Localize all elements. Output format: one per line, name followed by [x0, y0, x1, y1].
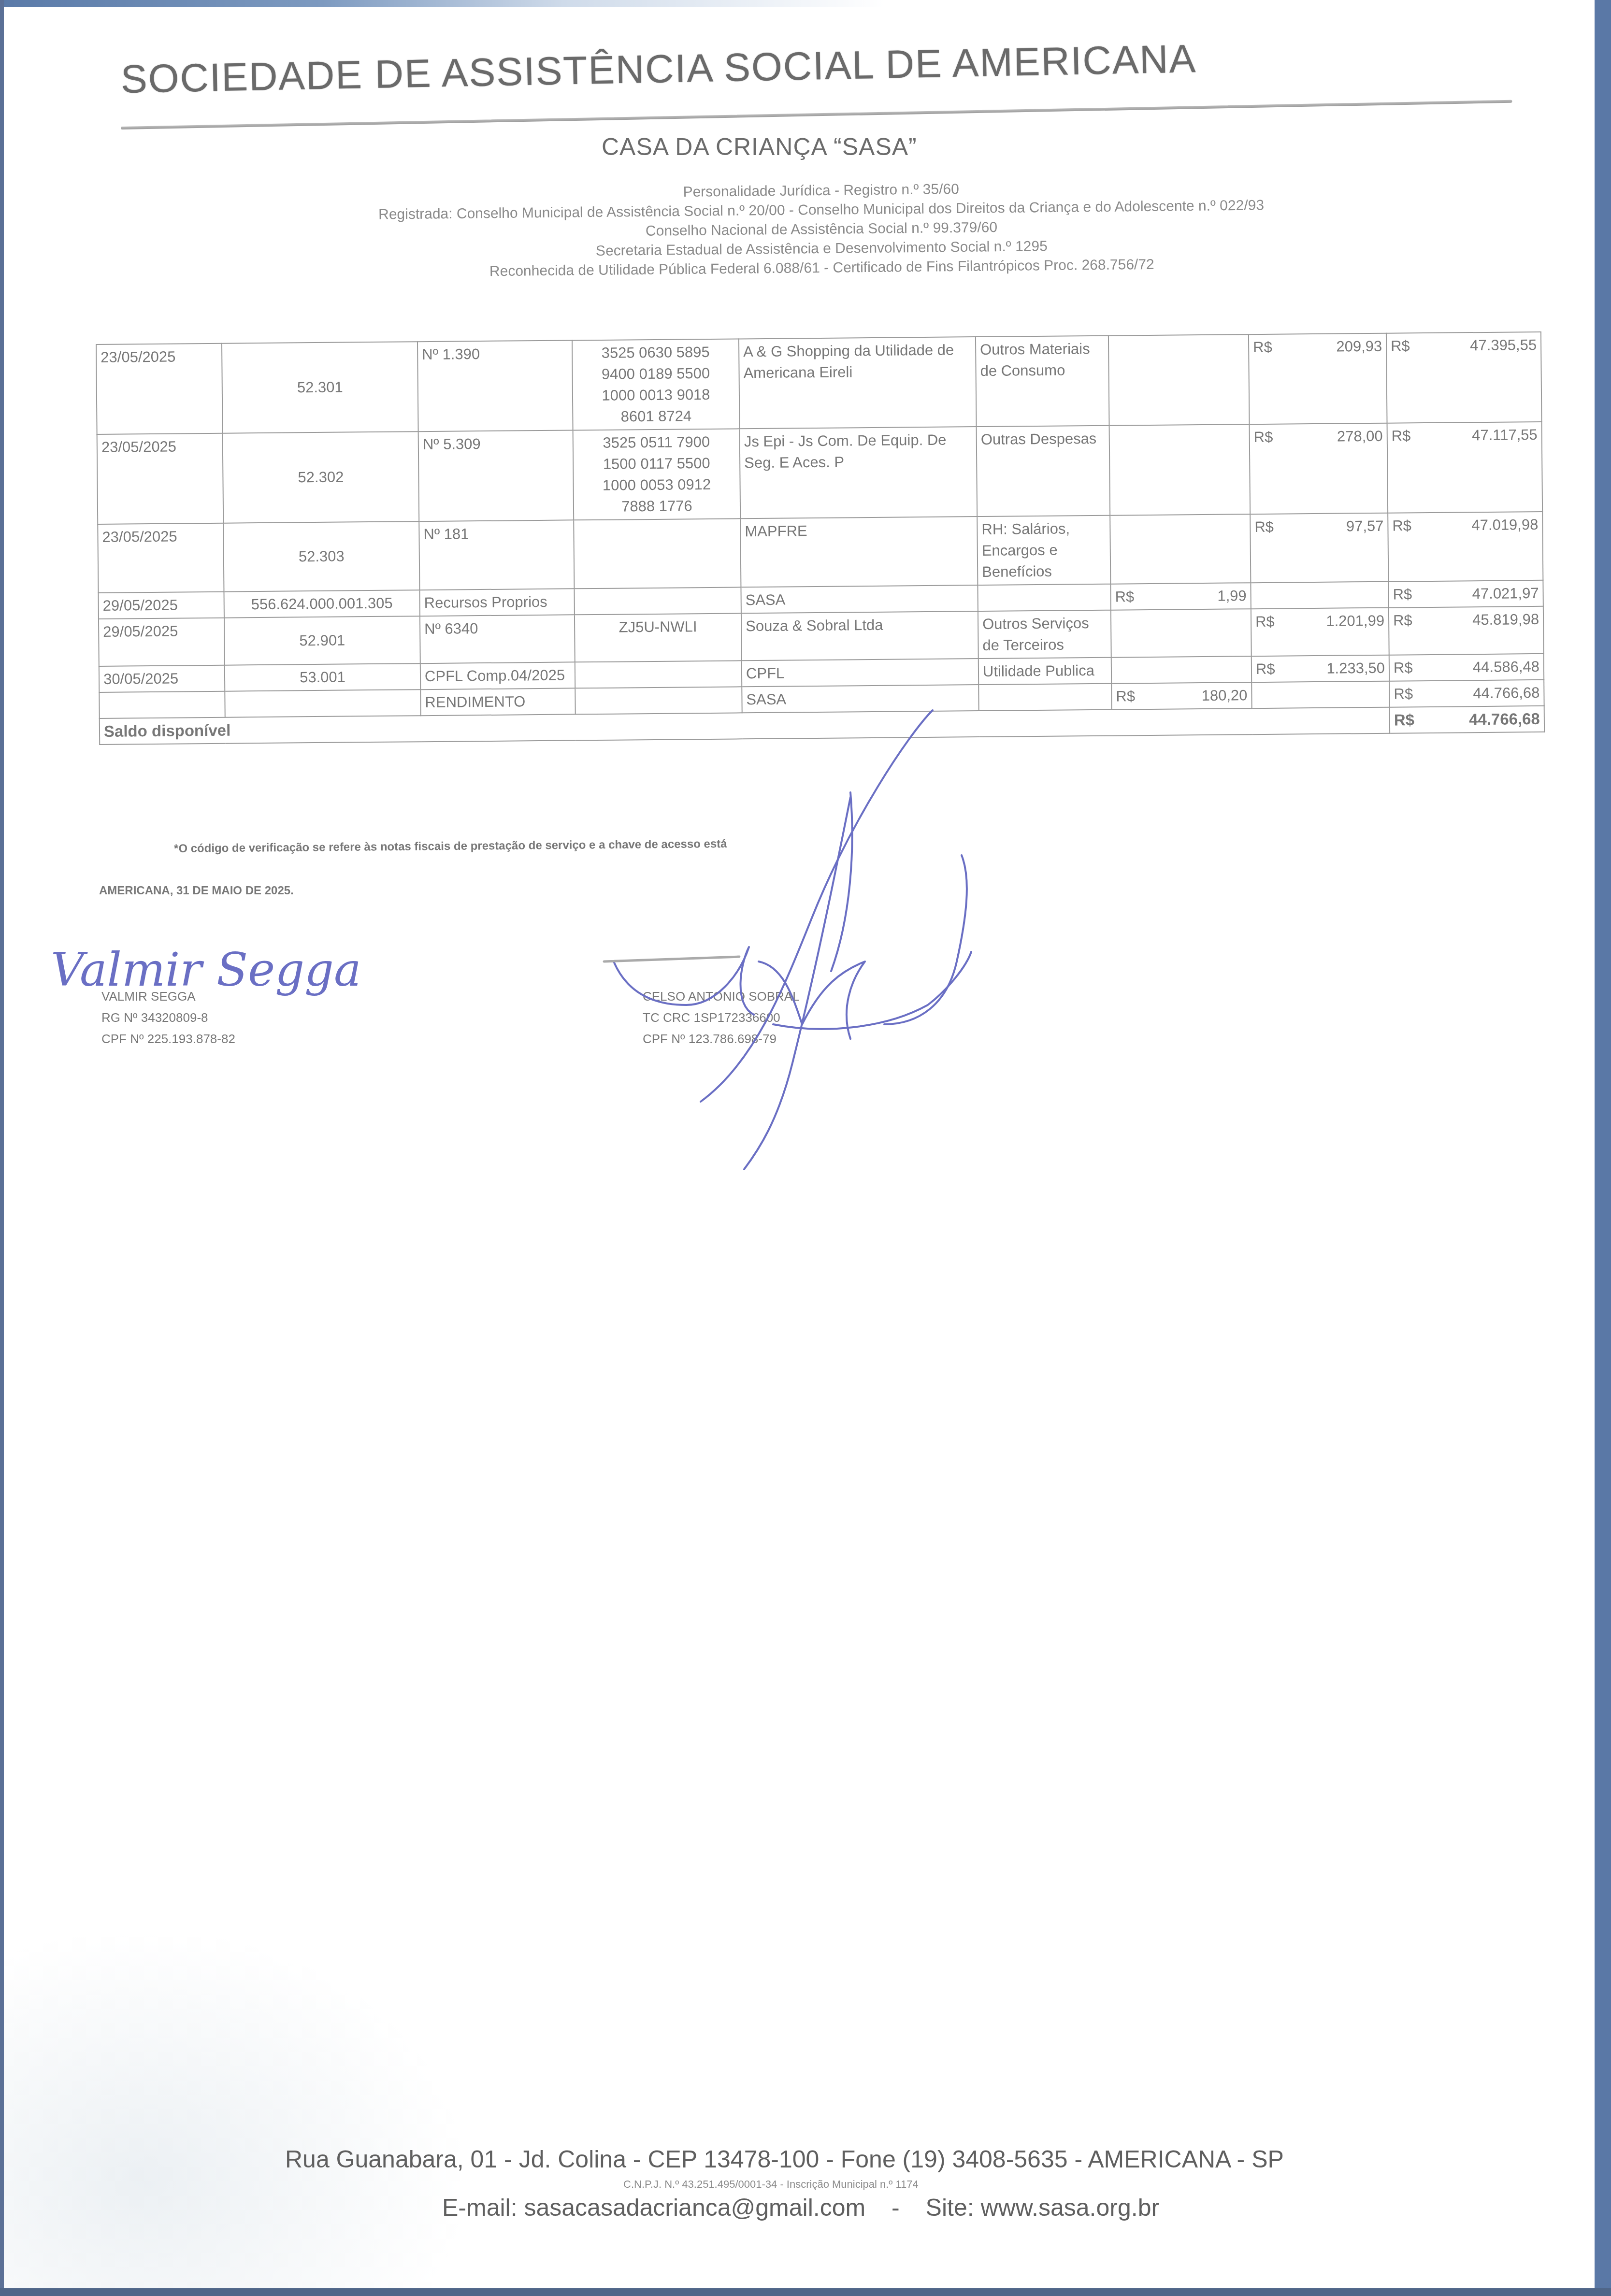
signer-rg: RG Nº 34320809-8 — [101, 1007, 235, 1028]
signature-valmir: VALMIR SEGGA RG Nº 34320809-8 CPF Nº 225… — [101, 986, 235, 1049]
cell-balance-value: R$47.117,55 — [1392, 424, 1538, 447]
organization-title: SOCIEDADE DE ASSISTÊNCIA SOCIAL DE AMERI… — [120, 30, 1522, 102]
cell-credit — [1110, 514, 1251, 584]
amount: 180,20 — [1201, 685, 1247, 706]
email-label: E-mail: — [442, 2194, 518, 2221]
cell-date: 29/05/2025 — [98, 592, 224, 619]
signer-cpf: CPF Nº 225.193.878-82 — [101, 1028, 235, 1049]
signer-name: CELSO ANTONIO SOBRAL — [643, 986, 800, 1007]
key-line: 3525 0511 7900 — [577, 431, 735, 454]
cell-date: 29/05/2025 — [99, 618, 225, 666]
cell-verification-key: ZJ5U-NWLI — [575, 613, 742, 662]
cell-invoice: Nº 5.309 — [418, 430, 574, 521]
cell-supplier: SASA — [742, 685, 978, 713]
city-date: AMERICANA, 31 DE MAIO DE 2025. — [99, 884, 294, 898]
cell-debit-value: R$97,57 — [1254, 516, 1383, 538]
cell-credit: R$1,99 — [1110, 583, 1251, 610]
amount: 47.019,98 — [1471, 514, 1538, 536]
scan-shadow — [4, 1928, 468, 2288]
cell-verification-key — [574, 518, 741, 588]
cell-category: Outras Despesas — [977, 426, 1110, 517]
amount: 47.395,55 — [1470, 334, 1537, 356]
cell-category: RH: Salários, Encargos e Benefícios — [977, 516, 1110, 585]
registration-info: Personalidade Jurídica - Registro n.º 35… — [193, 174, 1450, 284]
scan-border-right — [1595, 0, 1611, 2296]
amount: 278,00 — [1337, 426, 1383, 447]
cell-document: 52.901 — [224, 616, 420, 665]
cell-category — [978, 684, 1111, 711]
cell-invoice: Nº 1.390 — [417, 340, 573, 431]
separator: - — [892, 2194, 900, 2221]
key-line: ZJ5U-NWLI — [579, 616, 737, 638]
cell-credit-value: R$1,99 — [1115, 585, 1246, 607]
footer-address: Rua Guanabara, 01 - Jd. Colina - CEP 134… — [285, 2145, 1284, 2173]
signature-celso: CELSO ANTONIO SOBRAL TC CRC 1SP172336600… — [643, 986, 800, 1049]
currency-symbol: R$ — [1256, 659, 1275, 680]
cell-debit-value: R$1.233,50 — [1256, 658, 1385, 680]
cell-supplier: CPFL — [742, 659, 978, 687]
amount: 1.233,50 — [1326, 658, 1385, 679]
cell-date: 23/05/2025 — [96, 344, 223, 434]
cell-category: Outros Serviços de Terceiros — [978, 610, 1111, 659]
amount: 1,99 — [1217, 585, 1247, 607]
key-line: 7888 1776 — [578, 495, 736, 517]
currency-symbol: R$ — [1394, 683, 1413, 704]
cell-date: 23/05/2025 — [98, 523, 224, 593]
amount: 209,93 — [1336, 336, 1382, 358]
cell-document: 556.624.000.001.305 — [224, 590, 419, 618]
table-row: 23/05/202552.302Nº 5.3093525 0511 790015… — [97, 422, 1543, 524]
currency-symbol: R$ — [1391, 335, 1410, 357]
cell-verification-key — [574, 587, 741, 615]
cell-invoice: CPFL Comp.04/2025 — [420, 662, 575, 689]
cell-verification-key: 3525 0630 58959400 0189 55001000 0013 90… — [572, 339, 740, 430]
key-line: 1500 0117 5500 — [577, 452, 735, 475]
cell-date: 23/05/2025 — [97, 433, 224, 524]
currency-symbol: R$ — [1116, 686, 1135, 707]
currency-symbol: R$ — [1392, 425, 1411, 446]
cell-date — [99, 691, 225, 718]
amount: 44.766,68 — [1469, 708, 1540, 730]
cell-balance-value: R$44.586,48 — [1394, 656, 1539, 679]
cell-category: Outros Materiais de Consumo — [976, 336, 1109, 427]
scan-border-top — [0, 0, 1611, 7]
amount: 47.021,97 — [1472, 583, 1539, 604]
cell-credit — [1109, 424, 1251, 516]
key-line: 1000 0053 0912 — [577, 474, 735, 496]
cell-balance: R$45.819,98 — [1389, 606, 1544, 655]
cell-debit: R$97,57 — [1250, 513, 1388, 583]
cell-document: 53.001 — [225, 663, 420, 691]
currency-symbol: R$ — [1393, 610, 1412, 631]
currency-symbol: R$ — [1392, 515, 1411, 536]
key-line: 9400 0189 5500 — [576, 362, 734, 385]
cell-invoice: RENDIMENTO — [420, 688, 575, 716]
cell-balance-value: R$45.819,98 — [1393, 609, 1539, 631]
cell-balance: R$47.117,55 — [1387, 422, 1543, 513]
cell-supplier: Souza & Sobral Ltda — [741, 611, 978, 660]
cell-balance: R$44.766,68 — [1389, 680, 1544, 707]
title-underline — [121, 100, 1512, 129]
cell-supplier: Js Epi - Js Com. De Equip. De Seg. E Ace… — [740, 427, 978, 518]
amount: 47.117,55 — [1472, 424, 1538, 446]
cell-debit — [1251, 582, 1388, 609]
cell-credit — [1108, 334, 1250, 426]
cell-credit-value: R$180,20 — [1116, 685, 1247, 707]
currency-symbol: R$ — [1253, 337, 1272, 358]
organization-subtitle: CASA DA CRIANÇA “SASA” — [602, 133, 917, 161]
cell-debit: R$1.233,50 — [1251, 655, 1389, 682]
signer-crc: TC CRC 1SP172336600 — [643, 1007, 800, 1028]
cell-balance: R$47.019,98 — [1388, 512, 1543, 582]
cell-balance: R$47.395,55 — [1386, 332, 1542, 423]
footnote: *O código de verificação se refere às no… — [174, 837, 727, 856]
cell-debit: R$1.201,99 — [1251, 608, 1389, 656]
cell-debit-value: R$209,93 — [1253, 336, 1382, 358]
cell-debit — [1251, 681, 1389, 708]
cell-document: 52.302 — [223, 431, 419, 523]
saldo-value: R$44.766,68 — [1390, 706, 1544, 733]
cell-balance-value: R$47.395,55 — [1391, 334, 1537, 357]
signer-cpf: CPF Nº 123.786.698-79 — [643, 1028, 800, 1049]
scanned-document-page: SOCIEDADE DE ASSISTÊNCIA SOCIAL DE AMERI… — [0, 0, 1611, 2296]
saldo-value-value: R$44.766,68 — [1394, 708, 1540, 731]
amount: 44.586,48 — [1473, 656, 1539, 678]
cell-balance-value: R$47.019,98 — [1392, 514, 1538, 537]
cell-debit: R$209,93 — [1249, 333, 1387, 424]
cell-balance: R$44.586,48 — [1389, 654, 1544, 681]
cell-balance: R$47.021,97 — [1388, 580, 1543, 608]
amount: 97,57 — [1346, 516, 1384, 537]
signer-name: VALMIR SEGGA — [101, 986, 235, 1007]
currency-symbol: R$ — [1255, 611, 1275, 632]
scan-border-bottom — [0, 2288, 1611, 2296]
table-row: 23/05/202552.301Nº 1.3903525 0630 589594… — [96, 332, 1542, 434]
amount: 45.819,98 — [1472, 609, 1539, 631]
cell-verification-key — [575, 660, 742, 688]
cell-supplier: A & G Shopping da Utilidade de Americana… — [739, 337, 977, 429]
amount: 44.766,68 — [1473, 682, 1539, 704]
currency-symbol: R$ — [1393, 584, 1412, 605]
currency-symbol: R$ — [1394, 657, 1413, 678]
cell-document — [225, 689, 420, 717]
cell-document: 52.301 — [222, 342, 418, 433]
scan-border-left — [0, 0, 4, 2296]
key-line: 3525 0630 5895 — [576, 341, 734, 364]
cell-debit: R$278,00 — [1250, 423, 1388, 514]
currency-symbol: R$ — [1394, 709, 1415, 731]
cell-verification-key — [575, 687, 742, 714]
cell-credit: R$180,20 — [1111, 682, 1251, 710]
cell-supplier: MAPFRE — [740, 517, 978, 587]
cell-debit-value: R$1.201,99 — [1255, 610, 1384, 632]
footer-contact: E-mail: sasacasadacrianca@gmail.com - Si… — [442, 2194, 1159, 2222]
cell-balance-value: R$47.021,97 — [1393, 583, 1539, 605]
cell-invoice: Recursos Proprios — [419, 588, 574, 616]
site-link[interactable]: www.sasa.org.br — [981, 2194, 1160, 2221]
footer-cnpj: C.N.P.J. N.º 43.251.495/0001-34 - Inscri… — [623, 2178, 919, 2191]
email-link[interactable]: sasacasadacrianca@gmail.com — [524, 2194, 865, 2221]
cell-category — [978, 584, 1110, 611]
site-label: Site: — [926, 2194, 974, 2221]
cell-supplier: SASA — [741, 585, 978, 613]
table-row: 23/05/202552.303Nº 181MAPFRERH: Salários… — [98, 512, 1543, 593]
cell-balance-value: R$44.766,68 — [1394, 682, 1539, 705]
key-line: 1000 0013 9018 — [577, 384, 735, 406]
currency-symbol: R$ — [1115, 586, 1134, 607]
currency-symbol: R$ — [1254, 517, 1274, 538]
cell-category: Utilidade Publica — [978, 658, 1111, 685]
ledger-table: 23/05/202552.301Nº 1.3903525 0630 589594… — [96, 331, 1545, 745]
key-line: 8601 8724 — [577, 405, 735, 428]
cell-credit — [1111, 609, 1251, 658]
cell-date: 30/05/2025 — [99, 665, 225, 692]
cell-invoice: Nº 6340 — [420, 615, 575, 663]
amount: 1.201,99 — [1326, 610, 1384, 632]
currency-symbol: R$ — [1254, 427, 1273, 448]
cell-verification-key: 3525 0511 79001500 0117 55001000 0053 09… — [573, 429, 741, 520]
cell-debit-value: R$278,00 — [1254, 426, 1383, 448]
cell-document: 52.303 — [223, 521, 419, 592]
cell-credit — [1111, 656, 1251, 684]
cell-invoice: Nº 181 — [419, 520, 574, 590]
